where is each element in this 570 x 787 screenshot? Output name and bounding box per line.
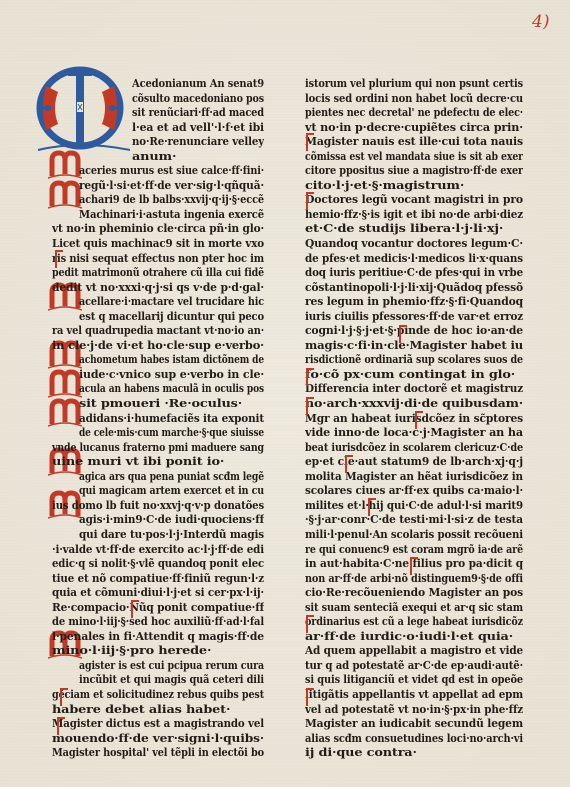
text-line: aceries murus est siue calce·ff·fini·	[52, 163, 264, 178]
folio-number: 4)	[532, 12, 549, 32]
text-line: cito·l·j·et·§·magistrum·	[305, 178, 523, 193]
text-line: re qui conuenc9 est coram mgrõ ia·de arẽ	[305, 542, 523, 557]
paragraph-mark-icon	[345, 455, 353, 473]
text-line: mouendo·ff·de ver·signi·l·quibs·	[52, 731, 264, 746]
text-line: cõstantinopoli·l·j·li·xij·Quãdoq pfessõ	[305, 280, 523, 295]
text-line: molita Magister an hẽat iurisdicõez in	[305, 469, 523, 484]
text-line: res legum in phemio·ffz·§·fi·Quandoq	[305, 294, 523, 309]
paragraph-mark-icon	[131, 600, 139, 618]
text-line: agica ars qua pena puniat scđm legẽ	[52, 469, 264, 484]
text-line: cõsulto macedoniano pos	[52, 91, 264, 106]
text-line: vel ad potestatẽ vt no·in·§·px·in phe·ff…	[305, 702, 523, 717]
text-line: Mgr an habeat iurisdcõez in sc̃ptores	[305, 411, 523, 426]
text-line: Magister hospital' vel tẽpli in electõi …	[52, 745, 264, 760]
text-line: vide inno·de loca·c·j·Magister an ha	[305, 425, 523, 440]
left-text-column: Acedonianum An senat9 cõsulto macedonian…	[52, 76, 264, 760]
text-line: doq iuris peritiue·C·de pfes·qui in vrbe	[305, 265, 523, 280]
text-line: scolares ciues ar·ff·ex quibs ca·maio·l·	[305, 483, 523, 498]
text-line: Doctores legũ vocant magistri in pro	[305, 192, 523, 207]
text-line: si quis litiganciũ et videt qd est in op…	[305, 672, 523, 687]
manuscript-page: 4) Acedonianum An senat9 cõsulto macedon…	[0, 0, 570, 787]
text-line: locis sed ordini non habet locũ decre·cu	[305, 91, 523, 106]
text-line: qui magicam artem exercet et in cu	[52, 483, 264, 498]
text-line: incũbit et qui magis quã ceteri dili	[52, 672, 264, 687]
text-line: pientes nec decretal' ne pdefectu de ele…	[305, 105, 523, 120]
text-line: de cele·mis·cum marche·§·que siuisse	[52, 425, 264, 440]
text-line: cõmissa est vel mandata siue is sit ab e…	[305, 149, 523, 164]
text-line: uine muri vt ibi ponit io·	[52, 454, 264, 469]
text-line: agis·i·min9·C·de iudi·quociens·ff	[52, 512, 264, 527]
text-line: mili·l·penul·An scolaris possit recõueni	[305, 527, 523, 542]
text-line: vt no·in pheminio cle·circa pñ·in glo·	[52, 221, 264, 236]
text-line: regũ·l·si·et·ff·de ver·sig·l·qñquã·	[52, 178, 264, 193]
text-line: gẽciam et solicitudinez rebus quibs pest	[52, 687, 264, 702]
text-line: istorum vel plurium qui non psunt certis	[305, 76, 523, 91]
text-line: ep·et cle·aut statum9 de lb·arch·xj·q·j	[305, 454, 523, 469]
text-line: achari9 de lb balbs·xxvij·q·ij·§·eccẽ	[52, 192, 264, 207]
text-line: tur q ad potestatẽ ar·C·de ep·audi·autẽ·	[305, 658, 523, 673]
paragraph-mark-icon	[306, 397, 314, 415]
text-line: in cle·j·de vi·et ho·cle·sup e·verbo·	[52, 338, 264, 353]
paragraph-mark-icon	[410, 557, 418, 575]
text-line: litigãtis appellantis vt appellat ad epm	[305, 687, 523, 702]
paragraph-mark-icon	[415, 411, 423, 429]
paragraph-mark-icon	[368, 498, 376, 516]
text-line: acellare·i·mactare vel trucidare hic	[52, 294, 264, 309]
text-line: ar·ff·de iurdic·o·iudi·l·et quia·	[305, 629, 523, 644]
paragraph-mark-icon	[55, 250, 63, 268]
text-line: est q macellarij dicuntur qui peco	[52, 309, 264, 324]
text-line: qui dare tu·pos·l·j·Interdũ magis	[52, 527, 264, 542]
text-line: Magister dictus est a magistrando vel	[52, 716, 264, 731]
text-line: achometum habes istam dictõnem de	[52, 352, 264, 367]
text-line: magis·c·fi·in·cle·Magister habet iu	[305, 338, 523, 353]
text-line: Quandoq vocantur doctores legum·C·	[305, 236, 523, 251]
text-line: tiue et nõ compatiue·ff·finiũ regun·l·z	[52, 571, 264, 586]
text-line: sit pmoueri ·Re·oculus·	[52, 396, 264, 411]
text-line: ordinarius est cũ a lege habeat iurisdic…	[305, 614, 523, 629]
text-line: Acedonianum An senat9	[52, 76, 264, 91]
text-line: sit suam senteciã exequi et ar·q sic sta…	[305, 600, 523, 615]
text-line: citore ppositus siue a magistro·ff·de ex…	[305, 163, 523, 178]
text-line: vt no·in p·decre·cupiẽtes circa prin·	[305, 120, 523, 135]
text-line: Re·compacio·Nũq ponit compatiue·ff	[52, 600, 264, 615]
text-line: dedit vt no·xxxi·q·j·si qs v·de p·d·gal·	[52, 280, 264, 295]
text-line: iuris ciuilis pfessores·ff·de var·et err…	[305, 309, 523, 324]
text-line: Machinari·i·astuta ingenia exercẽ	[52, 207, 264, 222]
paragraph-mark-icon	[306, 192, 314, 210]
text-line: fo·cõ px·cum contingat in glo·	[305, 367, 523, 382]
text-line: adidans·i·humefaciẽs ita exponit	[52, 411, 264, 426]
text-line: Licet quis machinac9 sit in morte vxo	[52, 236, 264, 251]
text-line: quia et cõmuni·diui·l·j·et si cer·px·l·i…	[52, 585, 264, 600]
text-line: ra vel quadrupedia mactant vt·no·io an·	[52, 323, 264, 338]
text-line: ris nisi sequat effectus non pter hoc im	[52, 251, 264, 266]
text-line: ·§·j·ar·conr·C·de testi·mi·l·si·z de tes…	[305, 512, 523, 527]
text-line: l·ea et ad vell'·l·f·et ibi	[52, 120, 264, 135]
text-line: sit renũciari·ff·ad maced	[52, 105, 264, 120]
text-line: ij di·que contra·	[305, 745, 523, 760]
text-line: de mino·l·iij·§·sed hoc auxiliũ·ff·ad·l·…	[52, 614, 264, 629]
text-line: pedit matrimonũ otrahere cũ illa cui fid…	[52, 265, 264, 280]
text-line: cogni·l·j·§·j·et·§·pinde de hoc io·an·de	[305, 323, 523, 338]
text-line: Magister nauis est ille·cui tota nauis	[305, 134, 523, 149]
paragraph-mark-icon	[399, 325, 407, 343]
text-line: ius domo lb fuit no·xxvj·q·v·p donatões	[52, 498, 264, 513]
paragraph-mark-icon	[60, 688, 68, 706]
text-line: anum·	[52, 149, 264, 164]
text-line: agister is est cui pcipua rerum cura	[52, 658, 264, 673]
text-line: mino·l·iij·§·pro herede·	[52, 643, 264, 658]
text-line: iude·c·vnico sup e·verbo in cle·	[52, 367, 264, 382]
paragraph-mark-icon	[57, 717, 65, 735]
text-line: beat iurisdcõez in scolarem clericuz·C·d…	[305, 440, 523, 455]
paragraph-mark-icon	[306, 133, 314, 151]
text-line: no·arch·xxxvij·di·de quibusdam·	[305, 396, 523, 411]
text-line: de pfes·et medicis·l·medicos li·x·quans	[305, 251, 523, 266]
text-line: alias scđm consuetudines loci·no·arch·vi	[305, 731, 523, 746]
text-line: no·Re·renunciare velley	[52, 134, 264, 149]
text-line: cio·Re·recõueniendo Magister an pos	[305, 585, 523, 600]
text-line: ·i·valde vt·ff·de exercito ac·l·j·ff·de …	[52, 542, 264, 557]
text-line: acula an habens maculã in oculis pos	[52, 381, 264, 396]
paragraph-mark-icon	[306, 688, 314, 706]
text-line: l·penales in fi·Attendit q magis·ff·de	[52, 629, 264, 644]
text-line: milites et·l·hij qui·C·de adul·l·si mari…	[305, 498, 523, 513]
text-line: Differencia inter doctorẽ et magistruz	[305, 381, 523, 396]
text-line: Ad quem appellabit a magistro et vide	[305, 643, 523, 658]
text-line: vnde lucanus fraterno pmi maduere sang	[52, 440, 264, 455]
text-line: hemio·ffz·§·is igit et ibi no·de arbi·di…	[305, 207, 523, 222]
paragraph-mark-icon	[306, 368, 314, 386]
text-line: et·C·de studijs libera·l·j·li·xj·	[305, 221, 523, 236]
text-line: edic·q si nolit·§·vlẽ quandoq ponit elec	[52, 556, 264, 571]
paragraph-mark-icon	[306, 615, 314, 633]
text-line: risdictionẽ ordinariã sup scolares suos …	[305, 352, 523, 367]
text-line: habere debet alias habet·	[52, 702, 264, 717]
right-text-column: istorum vel plurium qui non psunt certis…	[305, 76, 523, 760]
text-line: Magister an iudicabit secundũ legem	[305, 716, 523, 731]
